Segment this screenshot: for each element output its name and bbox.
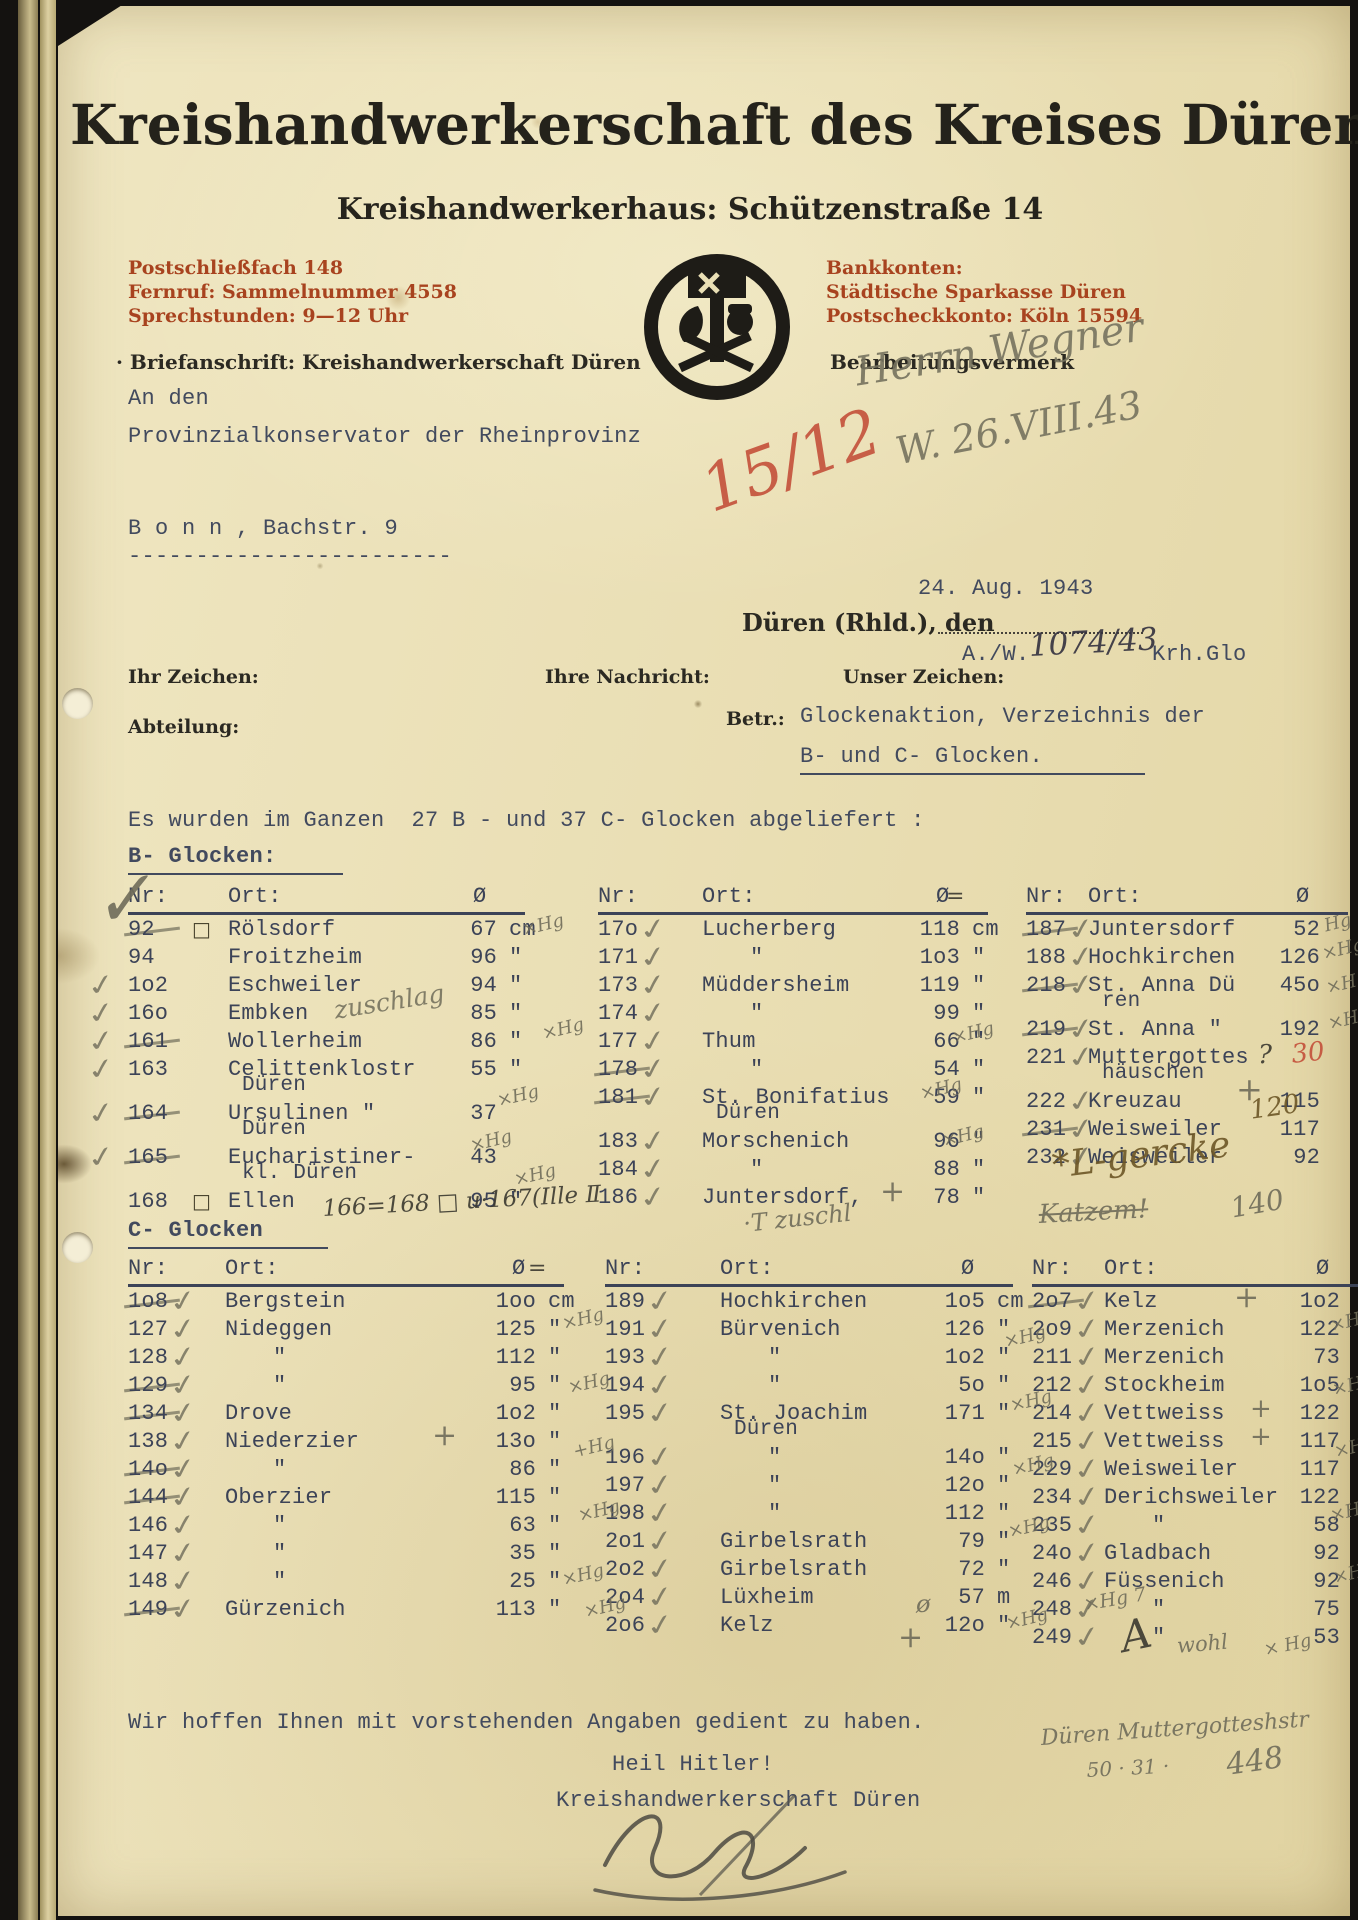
box-mark: □ (192, 917, 211, 941)
abteilung-label: Abteilung: (128, 716, 239, 738)
closing-salute: Heil Hitler! (612, 1752, 774, 1777)
bell-row: ✓14o"86" (128, 1457, 588, 1485)
table-header-row: Nr:Ort:Ø (128, 1256, 588, 1282)
reference-value-handwritten: 1074/43 (1028, 621, 1159, 664)
b-glocken-column-1: Nr:Ort:Ø92□Rölsdorf67cm94Froitzheim96"✓1… (128, 884, 558, 1217)
corner-shadow (58, 0, 130, 46)
recipient-line2: Provinzialkonservator der Rheinprovinz (128, 424, 641, 449)
table-rule (128, 912, 525, 915)
bell-row: ✓187Juntersdorf52 (1026, 917, 1356, 945)
book-page-edge (40, 0, 56, 1920)
handwritten-note: + (432, 1418, 457, 1453)
list-line: Städtische Sparkasse Düren (826, 280, 1142, 304)
list-line: Bankkonten: (826, 256, 1142, 280)
list-line: Fernruf: Sammelnummer 4558 (128, 280, 457, 304)
punch-hole (62, 688, 93, 719)
table-header-row: Nr:Ort:Ø (1026, 884, 1356, 910)
bell-row: ✓1o8Bergstein1oocm (128, 1289, 588, 1317)
bell-row: ✓215Vettweiss117 (1032, 1429, 1358, 1457)
c-glocken-column-3: Nr:Ort:Ø✓2o7Kelz1o2✓2o9Merzenich122✓211M… (1032, 1256, 1358, 1653)
handwritten-note: ? (1258, 1040, 1272, 1070)
craftsman-emblem-logo (640, 250, 794, 404)
bell-row: ✓165Eucharistiner-kl. Düren43 (128, 1145, 558, 1189)
handwritten-note: + (880, 1174, 905, 1209)
bell-row: ✓222Kreuzau115 (1026, 1089, 1356, 1117)
table-header-row: Nr:Ort:Ø (128, 884, 558, 910)
box-mark: □ (192, 1189, 211, 1213)
list-line: Postschließfach 148 (128, 256, 457, 280)
bell-row: ✓234Derichsweiler122 (1032, 1485, 1358, 1513)
pencil-checkmark: ✓ (643, 1395, 678, 1432)
bell-row: ✓214Vettweiss122 (1032, 1401, 1358, 1429)
typed-date: 24. Aug. 1943 (918, 576, 1094, 601)
c-glocken-column-1: Nr:Ort:Ø✓1o8Bergstein1oocm✓127Nideggen12… (128, 1256, 588, 1625)
ihr-zeichen-label: Ihr Zeichen: (128, 666, 259, 688)
letterhead-subtitle: Kreishandwerkerhaus: Schützenstraße 14 (70, 192, 1310, 227)
list-line: Sprechstunden: 9—12 Uhr (128, 304, 457, 328)
bell-row: 94Froitzheim96" (128, 945, 558, 973)
handwritten-note: + (898, 1620, 923, 1655)
b-glocken-column-2: Nr:Ort:Ø✓17oLucherberg118cm✓171"1o3"✓173… (598, 884, 1018, 1213)
bell-row: ✓218St. Anna Düren45o (1026, 973, 1356, 1017)
bell-row: ✓134Drove1o2" (128, 1401, 588, 1429)
handwritten-note: + (1250, 1422, 1272, 1452)
handwritten-note: 30 (1290, 1037, 1326, 1070)
letterhead-title: Kreishandwerkerschaft des Kreises Düren (70, 92, 1310, 157)
bell-row: ✓24oGladbach92 (1032, 1541, 1358, 1569)
bell-row: ✓211Merzenich73 (1032, 1345, 1358, 1373)
ihre-nachricht-label: Ihre Nachricht: (545, 666, 710, 688)
reference-value-prefix: A./W. (962, 642, 1030, 667)
c-glocken-title: C- Glocken (128, 1218, 328, 1249)
bell-row: ✓138Niederzier13o" (128, 1429, 588, 1457)
pencil-checkmark: ✓ (1070, 1619, 1105, 1656)
handwritten-note: = (946, 884, 964, 909)
unser-zeichen-label: Unser Zeichen: (843, 666, 1004, 688)
bell-row: ✓248"75 (1032, 1597, 1358, 1625)
signature-scribble (590, 1790, 870, 1910)
bell-row: ✓128"112" (128, 1345, 588, 1373)
punch-hole (62, 1232, 93, 1263)
handwritten-note: + (1250, 1394, 1272, 1424)
betreff-line2: B- und C- Glocken. (800, 744, 1145, 775)
bell-row: ✓144Oberzier115" (128, 1485, 588, 1513)
handwritten-note: ✓ (86, 854, 157, 946)
recipient-line1: An den (128, 386, 209, 411)
betreff-label: Betr.: (726, 708, 785, 730)
bell-row: ✓129"95" (128, 1373, 588, 1401)
pencil-checkmark: ✓ (636, 1179, 671, 1216)
bell-row: ✓163CelittenklostrDüren55" (128, 1057, 558, 1101)
bell-row: ✓212Stockheim1o5 (1032, 1373, 1358, 1401)
betreff-line1: Glockenaktion, Verzeichnis der (800, 704, 1205, 729)
bell-row: ✓2o7Kelz1o2 (1032, 1289, 1358, 1317)
reference-value-suffix: Krh.Glo (1152, 642, 1247, 667)
bell-row: ✓148"25" (128, 1569, 588, 1597)
bell-row: ✓149Gürzenich113" (128, 1597, 588, 1625)
book-page-edge (18, 0, 38, 1920)
intro-sentence: Es wurden im Ganzen 27 B - und 37 C- Glo… (128, 808, 925, 833)
pencil-checkmark: ✓ (643, 1607, 678, 1644)
bell-row: 92□Rölsdorf67cm (128, 917, 558, 945)
typed-dash-underline: ------------------------ (128, 544, 452, 569)
bell-row: ✓235"58 (1032, 1513, 1358, 1541)
contact-block: Postschließfach 148Fernruf: Sammelnummer… (128, 256, 457, 328)
bell-row: ✓246Füssenich92 (1032, 1569, 1358, 1597)
closing-sentence: Wir hoffen Ihnen mit vorstehenden Angabe… (128, 1710, 925, 1735)
scanned-letter-page: Kreishandwerkerschaft des Kreises Düren … (0, 0, 1358, 1920)
bell-row: ✓2o6Kelz12o" (605, 1613, 1035, 1641)
handwritten-note: 50 · 31 · (1086, 1754, 1170, 1782)
bell-row: ✓146"63" (128, 1513, 588, 1541)
table-header-row: Nr:Ort:Ø (1032, 1256, 1358, 1282)
handwritten-note: ø (916, 1590, 930, 1618)
handwritten-note: wohl (1176, 1630, 1229, 1658)
bell-row: ✓127Nideggen125" (128, 1317, 588, 1345)
handwritten-note: Katzem! (1038, 1194, 1149, 1230)
c-glocken-column-2: Nr:Ort:Ø✓189Hochkirchen1o5cm✓191Bürvenic… (605, 1256, 1035, 1641)
table-header-row: Nr:Ort:Ø (605, 1256, 1035, 1282)
handwritten-note: + (1234, 1280, 1259, 1315)
bell-row: ✓229Weisweiler117 (1032, 1457, 1358, 1485)
recipient-city-line: B o n n , Bachstr. 9 (128, 516, 398, 541)
bell-row: ✓161Wollerheim86" (128, 1029, 558, 1057)
bell-row: ✓188Hochkirchen126 (1026, 945, 1356, 973)
briefanschrift-line: · Briefanschrift: Kreishandwerkerschaft … (116, 350, 641, 374)
bell-row: ✓147"35" (128, 1541, 588, 1569)
handwritten-note: = (528, 1256, 546, 1281)
bell-row: ✓2o9Merzenich122 (1032, 1317, 1358, 1345)
b-glocken-title: B- Glocken: (128, 844, 343, 875)
